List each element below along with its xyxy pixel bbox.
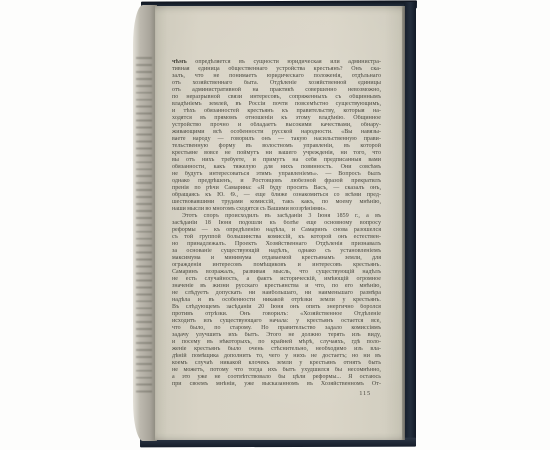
text-line: и тѣхъ обязанностей крестьянъ къ правите… <box>172 108 381 115</box>
text-line: реформы — къ опредѣленію надѣла, и Самар… <box>172 227 381 234</box>
text-line: не есть случайность, а фактъ историческі… <box>172 276 381 283</box>
book-cover-right-edge <box>404 2 416 446</box>
text-line: владѣніемъ землей, въ Россіи почти повсе… <box>172 101 381 108</box>
text-line: и посему въ нѣкоторыхъ, по крайней мѣрѣ,… <box>172 339 381 346</box>
text-line: значеніе въ жизни русскаго крестьянства … <box>172 283 381 290</box>
bold-word: чѣмъ <box>172 59 187 65</box>
text-line: съ той группой большинства комиссій, къ … <box>172 234 381 241</box>
text-line: обращаясь къ Ю. Ѳ., — еще ближе ознакоми… <box>172 192 381 199</box>
text-line: задачу улучшить ихъ бытъ. Этого не должн… <box>172 332 381 339</box>
text-line: пренія по рѣчи Самарина: «Я буду просить… <box>172 185 381 192</box>
text-line: коемъ случаѣ никакой клочекъ земли у кре… <box>172 360 381 367</box>
text-line: однако предрѣшенъ, и Ростовцовъ любезной… <box>172 178 381 185</box>
text-line: тельственную форму въ волостномъ управле… <box>172 143 381 150</box>
text-line: при своемъ мнѣніи, уже высказанномъ въ Х… <box>172 381 381 388</box>
text-line: за основаніе существующій надѣлъ, однако… <box>172 248 381 255</box>
paragraph: Этотъ споръ происходилъ въ засѣданіи 3 І… <box>172 213 381 388</box>
text-line: не слѣдуетъ допускать ни наибольшаго, ни… <box>172 290 381 297</box>
text-line: обязанности, какъ тяжелую для нихъ повин… <box>172 164 381 171</box>
book-photo: чѣмъ опредѣляется въ сущности юридическа… <box>0 0 550 450</box>
text-line: не будутъ интересоваться этимъ управлені… <box>172 171 381 178</box>
text-line: ходятся въ прямомъ отношеніи къ этому вл… <box>172 115 381 122</box>
text-line: не можетъ, потому что тогда ихъ бытъ уху… <box>172 367 381 374</box>
text-line: вы отъ нихъ требуете, и примутъ на себя … <box>172 157 381 164</box>
text-block: чѣмъ опредѣляется въ сущности юридическа… <box>172 59 381 388</box>
text-line: шествовавшими трудами комиссій, такъ как… <box>172 199 381 206</box>
text-line: отъ хозяйственнаго быта. Отдѣленіе хозяй… <box>172 80 381 87</box>
text-line: надѣла и въ особенности никакой отрѣзки … <box>172 297 381 304</box>
text-line: огражденія интересовъ помѣщиковъ и интер… <box>172 262 381 269</box>
gutter-previous-page-edge <box>133 5 157 441</box>
paragraph: чѣмъ опредѣляется въ сущности юридическа… <box>172 59 381 213</box>
text-line: женіе крестьянъ было очень стѣснительно,… <box>172 346 381 353</box>
text-line: что было, по старому. Но правительство з… <box>172 325 381 332</box>
text-line: устройство прочно и обладаетъ высокими к… <box>172 122 381 129</box>
text-line: тивная единица общественнаго устройства … <box>172 66 381 73</box>
text-line: наши мысли во многомъ сходятся съ Вашими… <box>172 206 381 213</box>
text-line: максимума и минимума отдаваемой крестьян… <box>172 255 381 262</box>
text-line: ваете народу — говорилъ онъ — такую наси… <box>172 136 381 143</box>
text-line: отъ административной на практикѣ соверше… <box>172 87 381 94</box>
text-line: а это уже не соотвѣтствовало бы цѣли реф… <box>172 374 381 381</box>
text-line: живающими всѣ особенности русской народн… <box>172 129 381 136</box>
text-line: крестьяне вовсе не поймутъ ни вашего учр… <box>172 150 381 157</box>
text-line: но принадлежалъ. Проектъ Хозяйственнаго … <box>172 241 381 248</box>
text-line: засѣданіи 18 Іюня подошли къ болѣе еще о… <box>172 220 381 227</box>
text-line: залъ, что не понимаетъ юридическаго поло… <box>172 73 381 80</box>
text-line: противъ отрѣзки. Онъ говорилъ: «Хозяйств… <box>172 311 381 318</box>
book-page: чѣмъ опредѣляется въ сущности юридическа… <box>155 6 402 440</box>
text-line: дѣній помѣщика дополнить то, чего у нихъ… <box>172 353 381 360</box>
page-number: 115 <box>345 390 371 397</box>
text-line: Въ слѣдующемъ засѣданіи 20 Іюня онъ опят… <box>172 304 381 311</box>
text-line: по неразрывной связи интересовъ, сопряже… <box>172 94 381 101</box>
text-line: чѣмъ опредѣляется въ сущности юридическа… <box>172 59 381 66</box>
text-line: исходитъ изъ существующаго начала: у кре… <box>172 318 381 325</box>
text-line: Этотъ споръ происходилъ въ засѣданіи 3 І… <box>172 213 381 220</box>
text-line: Самаринъ возражалъ, развивая мысль, что … <box>172 269 381 276</box>
